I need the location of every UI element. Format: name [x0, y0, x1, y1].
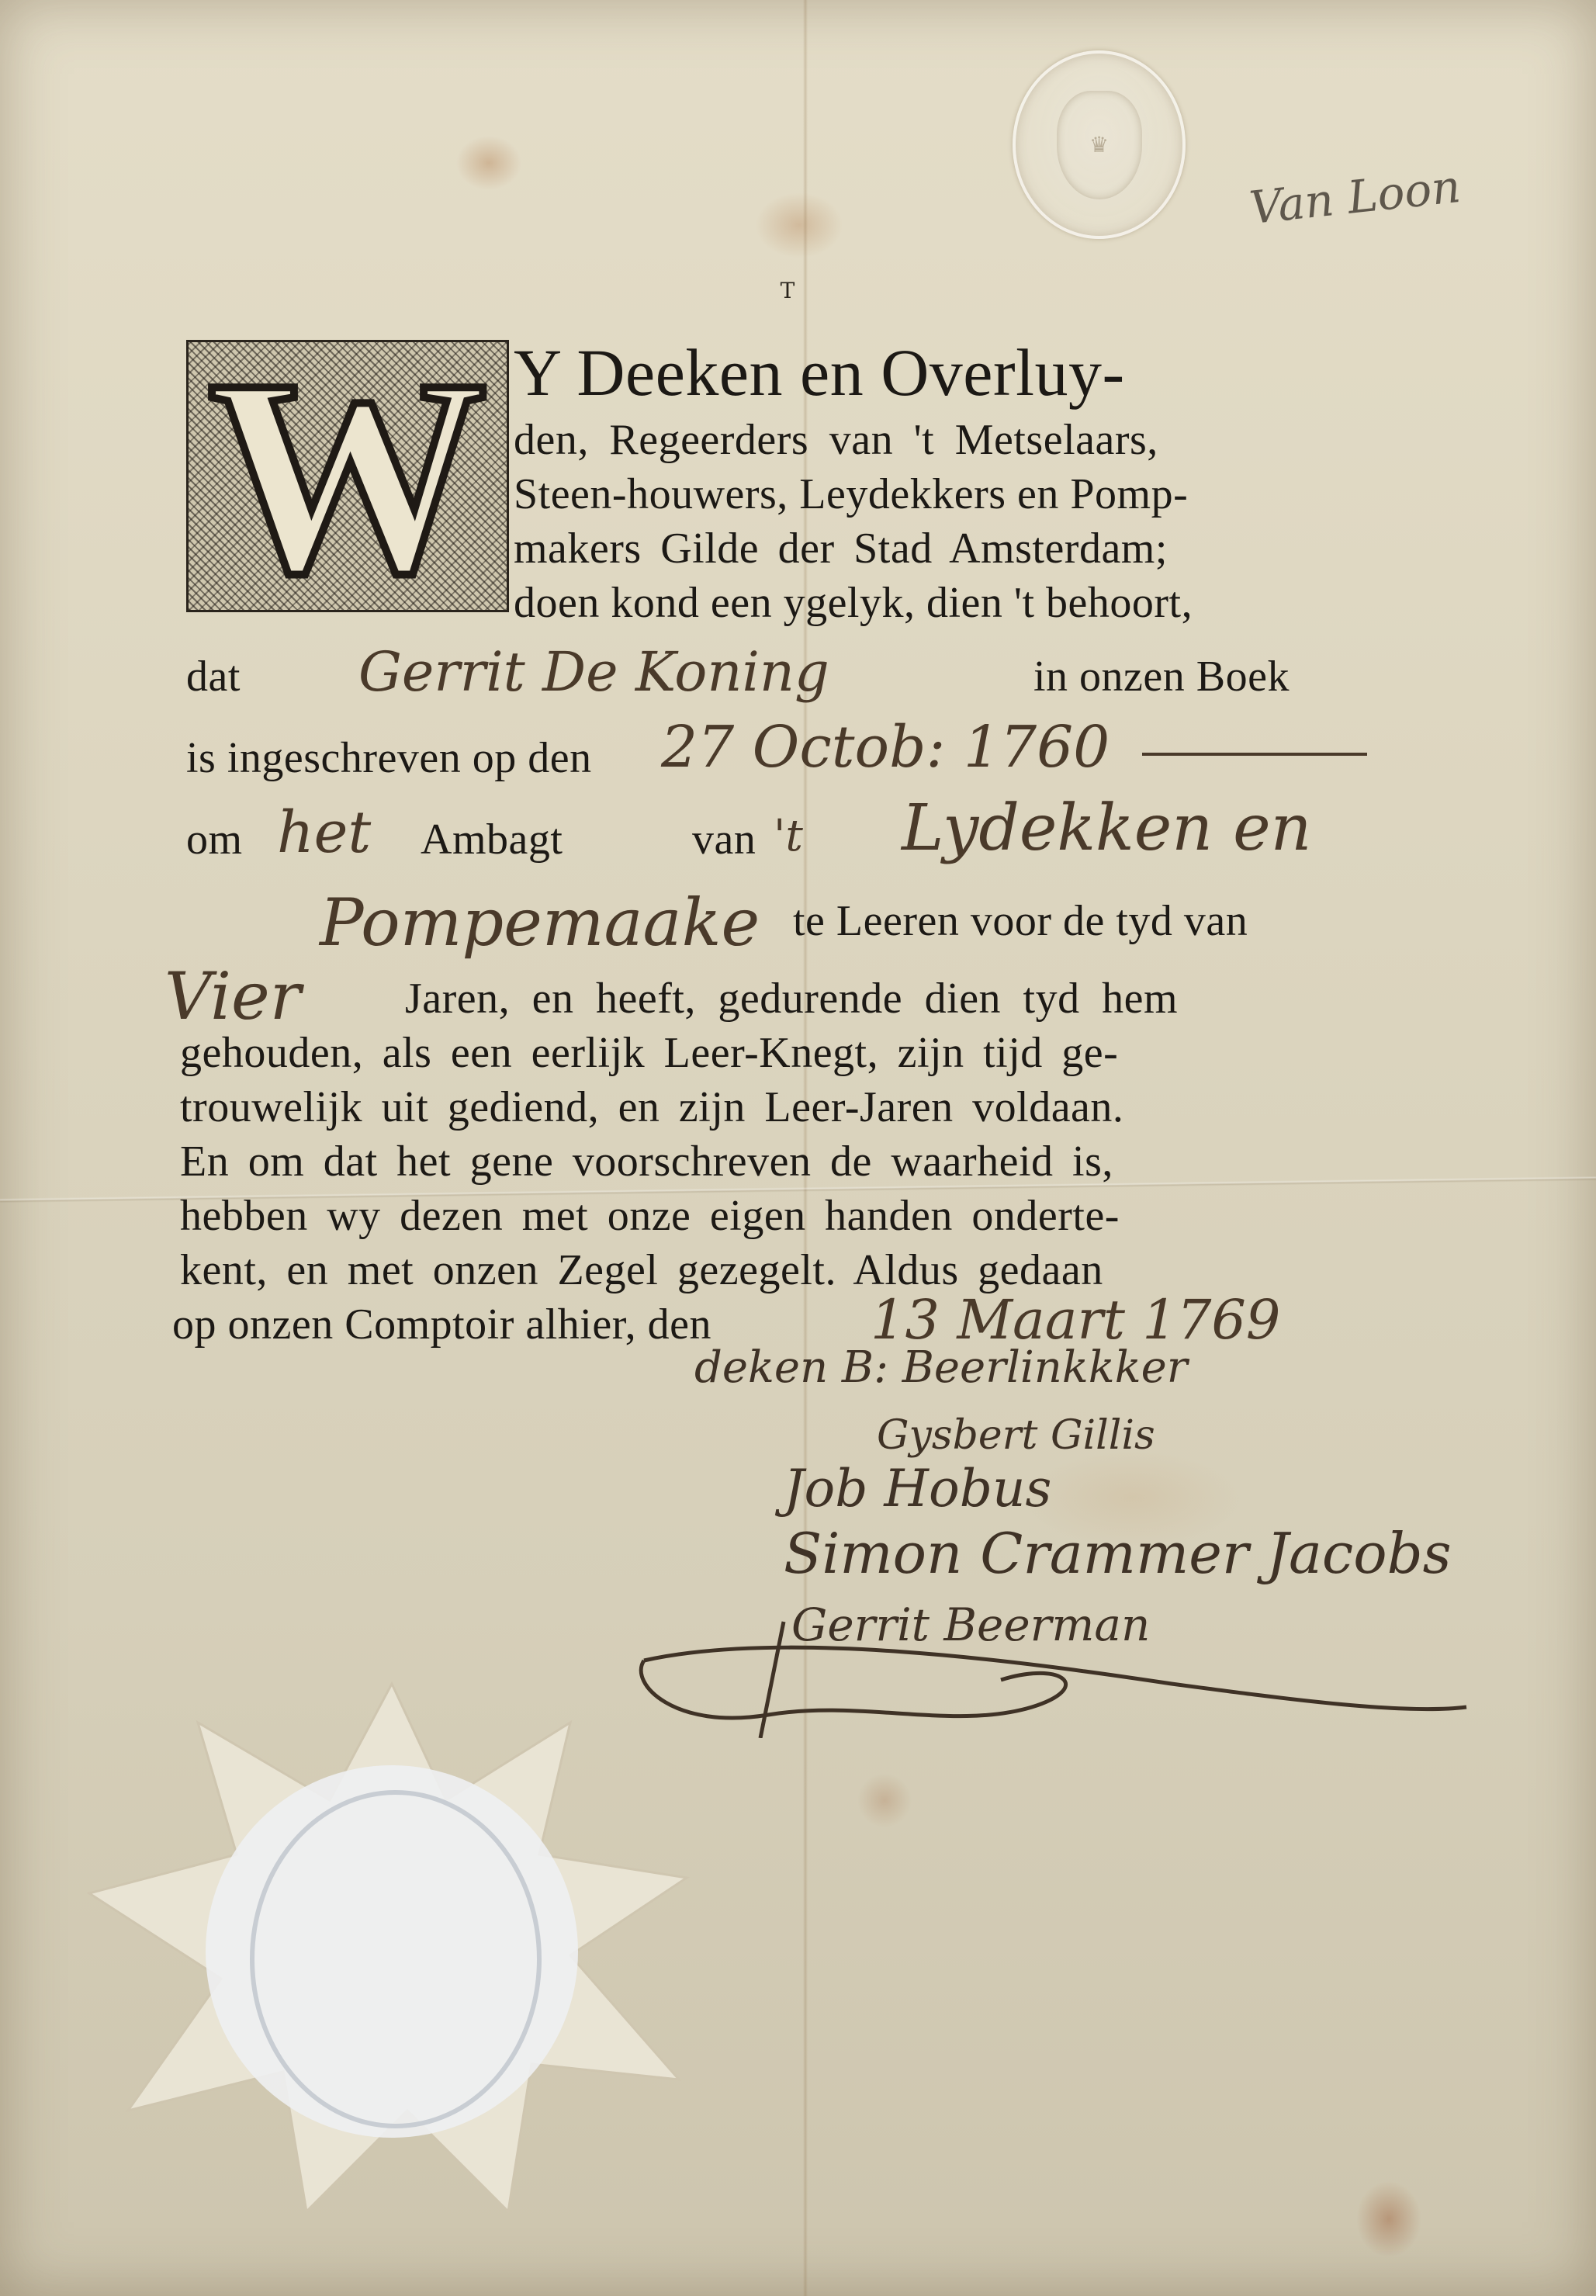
crown-crest-icon: ♛	[1057, 91, 1142, 199]
handwritten-article: het	[277, 799, 371, 866]
fill-rule	[1142, 753, 1367, 756]
printed-ambagt: Ambagt	[421, 815, 563, 864]
signature-simon-crammer-jacobs: Simon Crammer Jacobs	[784, 1521, 1452, 1586]
printed-om: om	[186, 815, 243, 864]
printed-line-2: den, Regeerders van 't Metselaars,	[514, 415, 1158, 465]
printed-van: van	[692, 815, 756, 864]
printed-line-1: Y Deeken en Overluy-	[514, 334, 1125, 411]
signature-deken: deken B: Beerlinkkker	[694, 1342, 1188, 1393]
duration: Vier	[164, 958, 301, 1034]
initial-letter: W	[208, 337, 487, 616]
registration-date: 27 Octob: 1760	[661, 714, 1110, 781]
apprentice-name: Gerrit De Koning	[358, 640, 829, 704]
printed-line-14: hebben wy dezen met onze eigen handen on…	[180, 1191, 1120, 1241]
printed-line-12: trouwelijk uit gediend, en zijn Leer-Jar…	[180, 1082, 1123, 1132]
handwritten-article-suffix: 't	[774, 811, 803, 861]
printed-te-leeren: te Leeren voor de tyd van	[793, 896, 1248, 946]
signature-flourish-icon	[628, 1614, 1482, 1738]
printed-line-10: Jaren, en heeft, gedurende dien tyd hem	[405, 974, 1178, 1023]
signature-job-hobus: Job Hobus	[784, 1459, 1051, 1519]
embossed-seal-icon: ♛	[1013, 50, 1186, 239]
signature-gysbert-gillis: Gysbert Gillis	[877, 1412, 1155, 1459]
printed-line-16: op onzen Comptoir alhier, den	[172, 1300, 711, 1349]
printed-line-13: En om dat het gene voorschreven de waarh…	[180, 1137, 1113, 1186]
printed-line-3: Steen-houwers, Leydekkers en Pomp-	[514, 469, 1188, 519]
trade-line-2: Pompemaake	[320, 885, 760, 961]
decorated-initial: W	[186, 340, 509, 612]
printed-dat: dat	[186, 652, 241, 701]
printed-line-11: gehouden, als een eerlijk Leer-Knegt, zi…	[180, 1028, 1118, 1078]
trade-line-1: Lydekken en	[902, 791, 1311, 865]
certificate-sheet: ♛ Van Loon T W Y Deeken en Overluy- den,…	[0, 0, 1596, 2296]
printed-in-onzen-boek: in onzen Boek	[1033, 652, 1290, 701]
wafer-seal-icon	[74, 1676, 710, 2219]
top-mark: T	[776, 279, 799, 303]
printed-ingeschreven: is ingeschreven op den	[186, 733, 592, 783]
corner-annotation: Van Loon	[1247, 160, 1463, 234]
printed-line-4: makers Gilde der Stad Amsterdam;	[514, 524, 1168, 573]
printed-line-5: doen kond een ygelyk, dien 't behoort,	[514, 578, 1193, 628]
